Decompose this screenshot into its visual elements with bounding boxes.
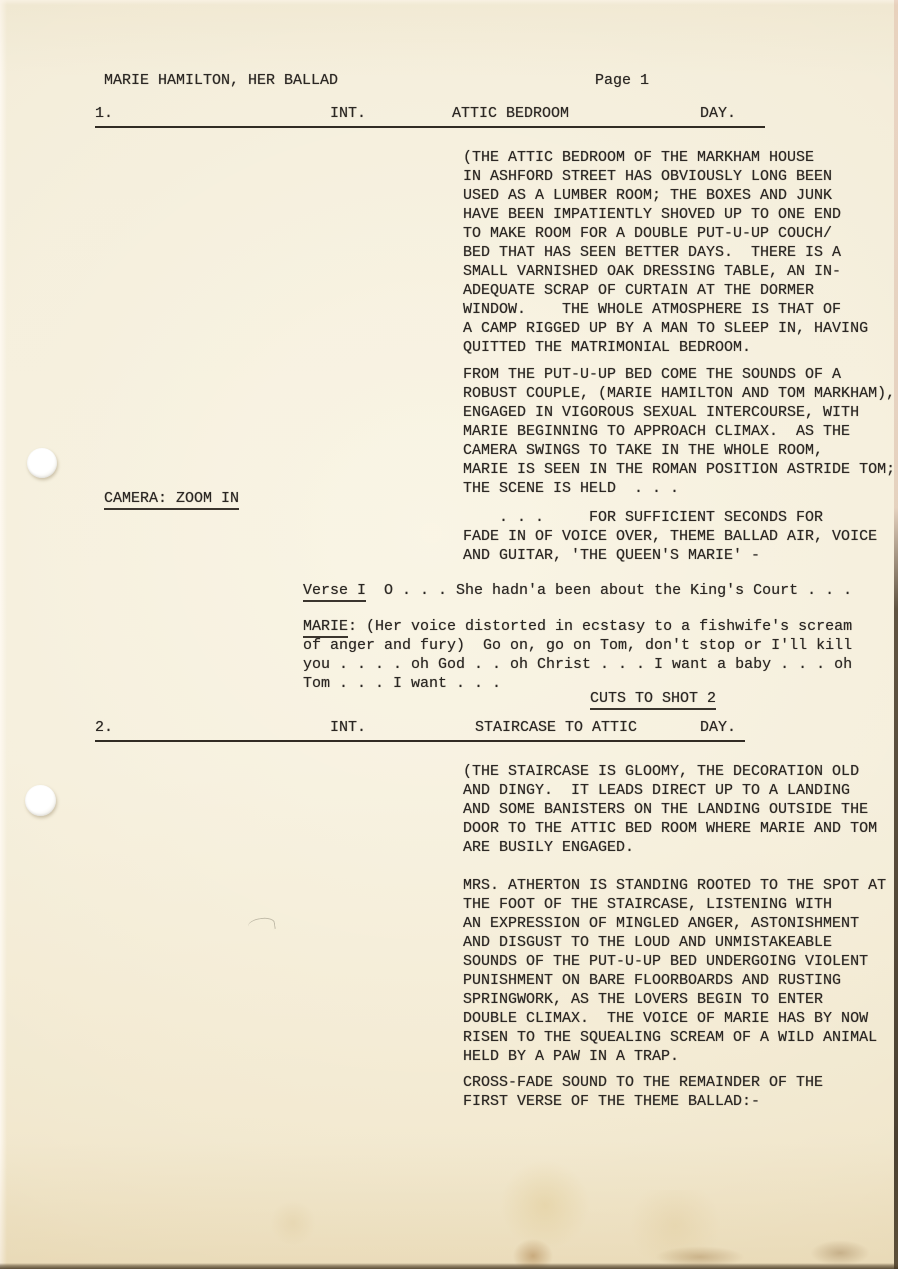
scene-time: DAY. [700, 718, 736, 737]
stain [620, 1190, 730, 1260]
camera-note: CAMERA: ZOOM IN [104, 489, 239, 508]
action-paragraph: . . . FOR SUFFICIENT SECONDS FOR FADE IN… [463, 508, 877, 565]
scene-location: ATTIC BEDROOM [452, 104, 569, 123]
scene-1-heading: 1. INT. ATTIC BEDROOM DAY. [95, 104, 765, 128]
action-paragraph: MRS. ATHERTON IS STANDING ROOTED TO THE … [463, 876, 886, 1066]
hole-punch-top [27, 448, 57, 478]
character-cue: MARIE [303, 618, 348, 638]
page-title: MARIE HAMILTON, HER BALLAD [104, 71, 338, 90]
stain [500, 1160, 590, 1250]
dialogue-block: MARIE: (Her voice distorted in ecstasy t… [303, 617, 852, 693]
action-paragraph: (THE ATTIC BEDROOM OF THE MARKHAM HOUSE … [463, 148, 868, 357]
page-edge-top [0, 0, 898, 5]
scene-number: 2. [95, 718, 113, 737]
script-page: MARIE HAMILTON, HER BALLAD Page 1 1. INT… [0, 0, 898, 1269]
dialogue-text: : (Her voice distorted in ecstasy to a f… [303, 618, 852, 692]
stain [270, 1200, 316, 1246]
verse-line: Verse I O . . . She hadn'a been about th… [303, 581, 852, 600]
stain [810, 1240, 870, 1266]
page-edge-left [0, 0, 7, 1269]
camera-note-text: CAMERA: ZOOM IN [104, 490, 239, 510]
scene-time: DAY. [700, 104, 736, 123]
stain [655, 1246, 745, 1268]
page-number: Page 1 [595, 71, 649, 90]
hole-punch-bottom [25, 785, 56, 816]
scene-int-ext: INT. [330, 104, 366, 123]
action-paragraph: (THE STAIRCASE IS GLOOMY, THE DECORATION… [463, 762, 877, 857]
pencil-smudge [247, 916, 276, 933]
page-edge-right [894, 0, 898, 1269]
verse-text: O . . . She hadn'a been about the King's… [366, 582, 852, 599]
scene-location: STAIRCASE TO ATTIC [475, 718, 637, 737]
verse-label: Verse I [303, 582, 366, 602]
page-edge-bottom [0, 1263, 898, 1269]
action-paragraph: FROM THE PUT-U-UP BED COME THE SOUNDS OF… [463, 365, 895, 498]
scene-2-heading: 2. INT. STAIRCASE TO ATTIC DAY. [95, 718, 745, 742]
scene-int-ext: INT. [330, 718, 366, 737]
stain [505, 1228, 561, 1268]
transition-cuts-to-shot-2: CUTS TO SHOT 2 [590, 689, 716, 708]
scene-number: 1. [95, 104, 113, 123]
action-paragraph: CROSS-FADE SOUND TO THE REMAINDER OF THE… [463, 1073, 823, 1111]
